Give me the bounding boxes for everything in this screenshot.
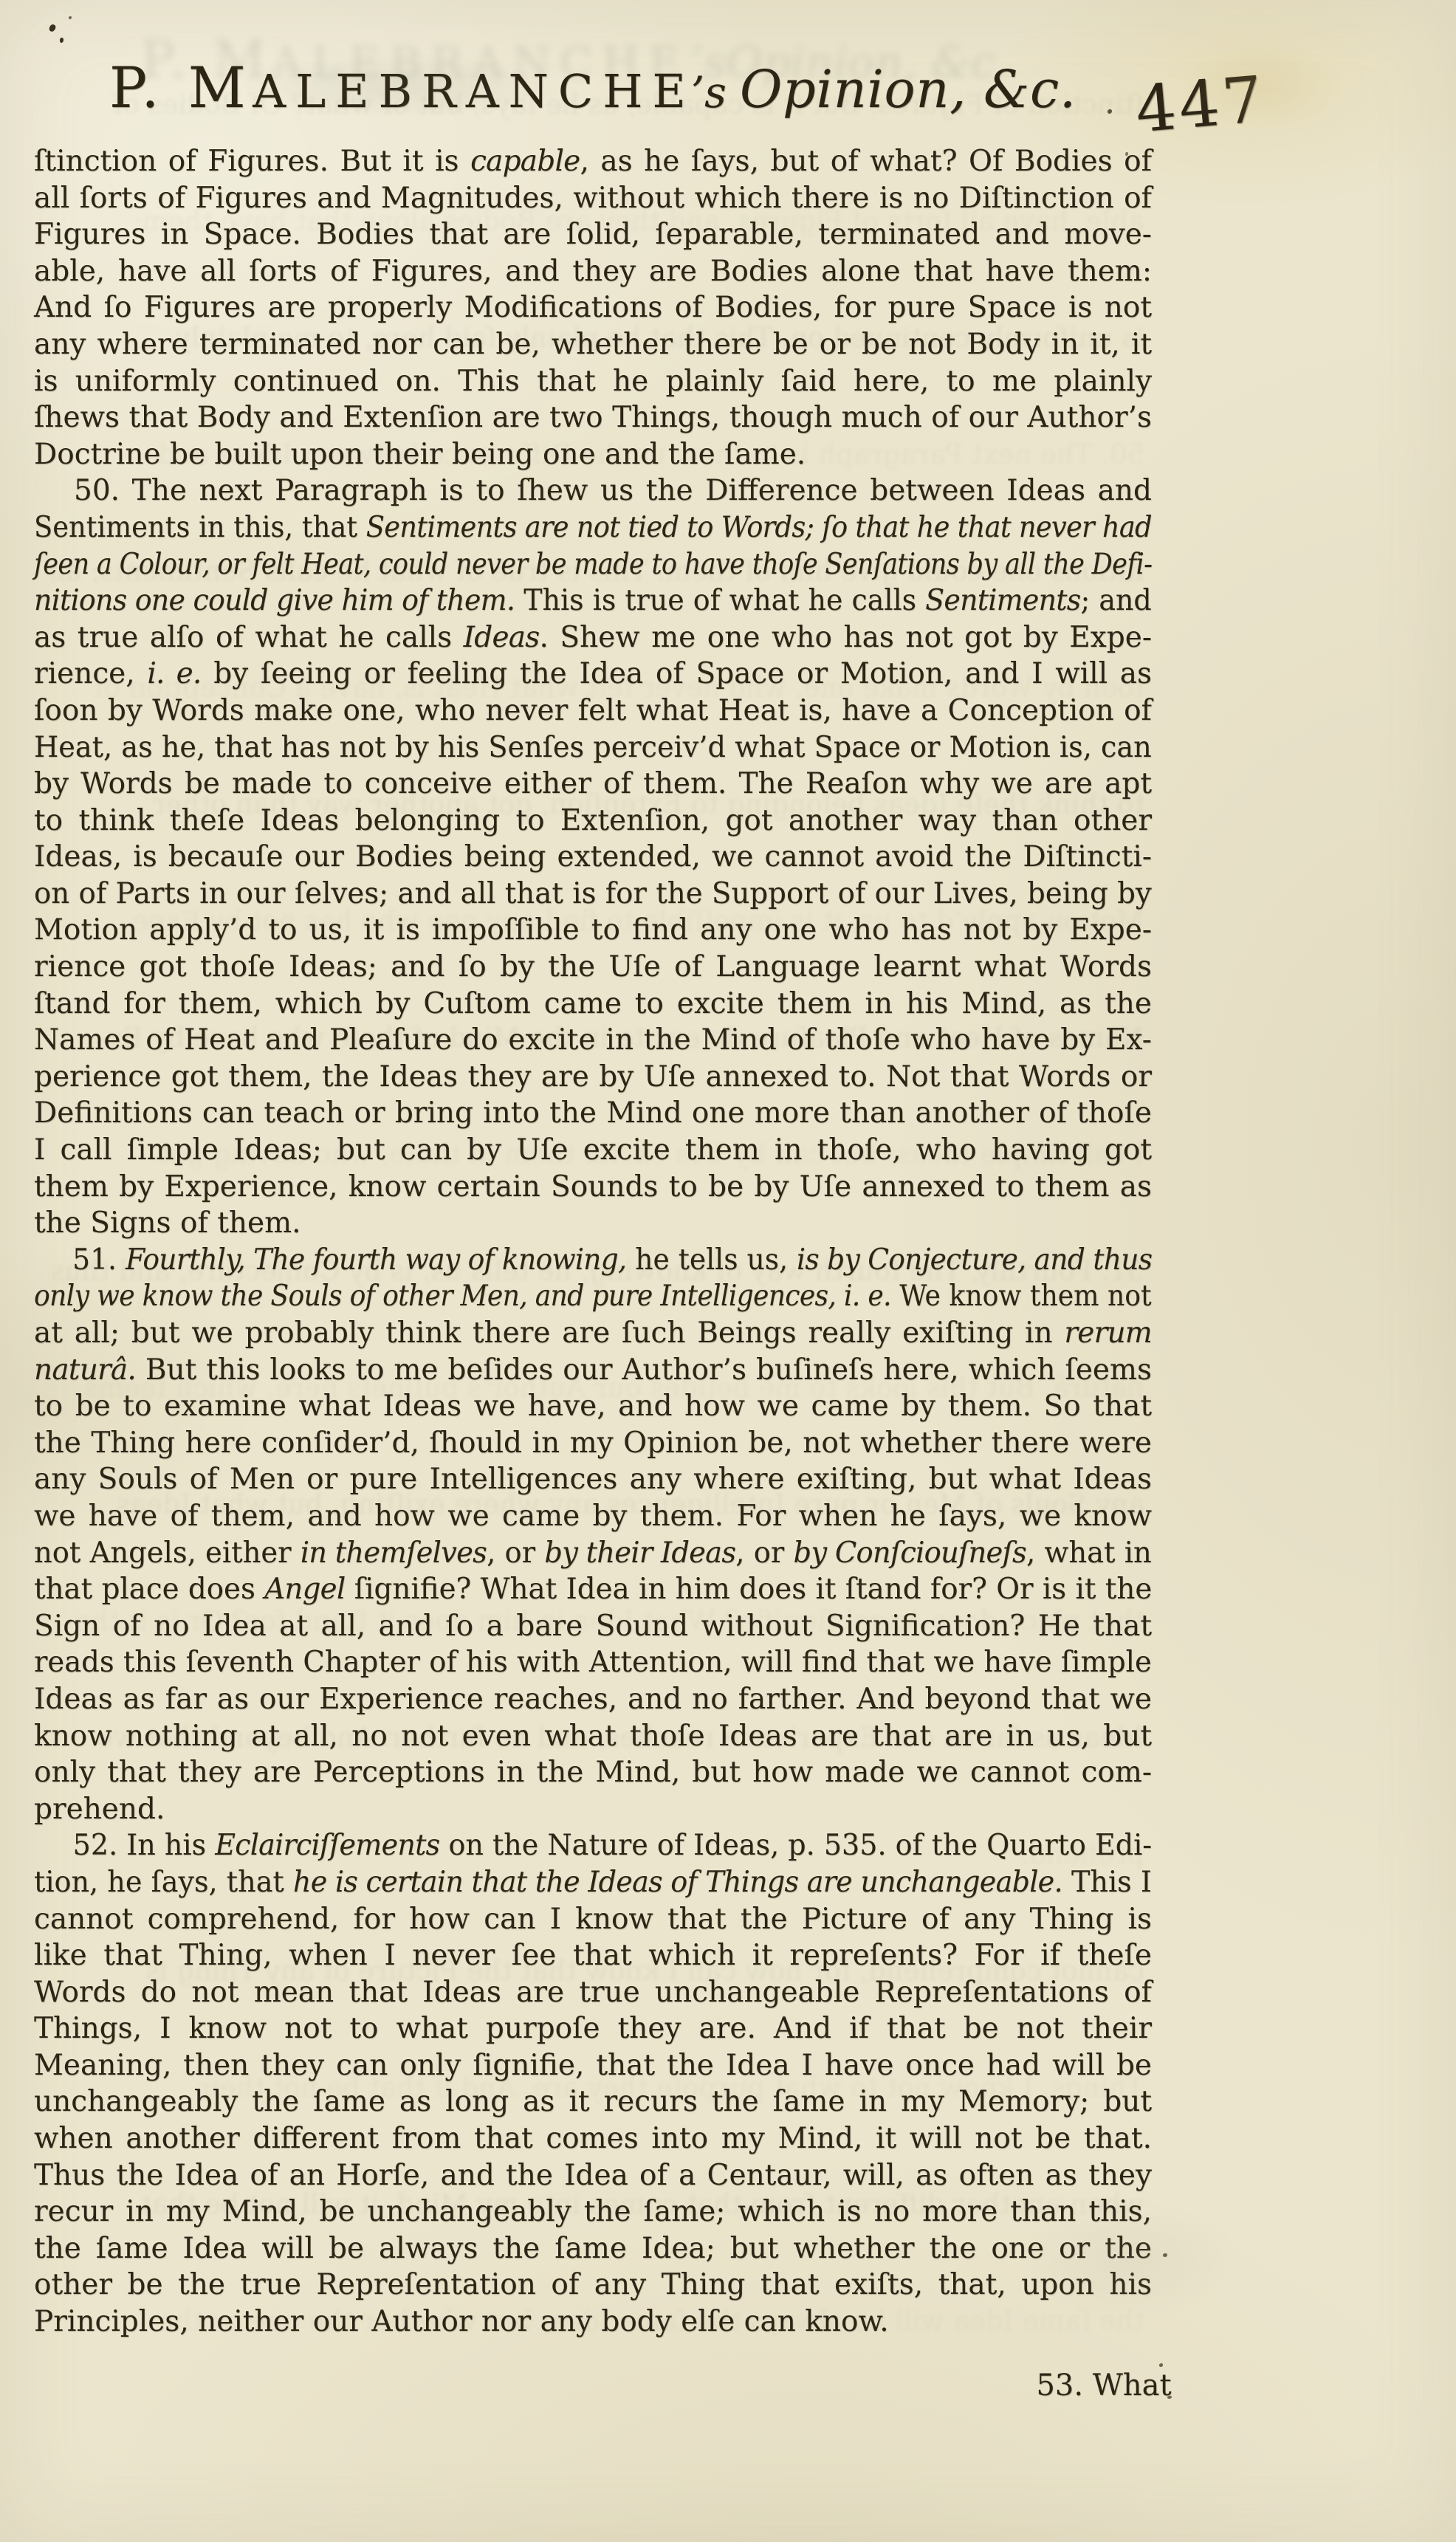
text-line: recur in my Mind, be unchangeably the ſa… <box>34 2194 1152 2230</box>
text-line: 52. In his Eclairciſſements on the Natur… <box>34 1827 1124 1864</box>
text-line: when another different from that comes i… <box>34 2120 1152 2157</box>
text-line: on of Parts in our ſelves; and all that … <box>34 876 1144 913</box>
book-page: ſtinction of Figures. But it is capable,… <box>0 0 1456 2542</box>
text-line: is uniformly continued on. This that he … <box>34 363 1152 400</box>
text-line: ſhews that Body and Extenſion are two Th… <box>34 399 1152 436</box>
running-head-caps: P. M <box>109 55 251 120</box>
text-line: ſeen a Colour, or felt Heat, could never… <box>34 546 1041 583</box>
text-line: 50. The next Paragraph is to ſhew us the… <box>34 473 1152 509</box>
ink-speck <box>49 24 57 32</box>
text-line: any where terminated nor can be, whether… <box>34 326 1152 363</box>
text-line: nitions one could give him of them. This… <box>34 583 1122 619</box>
ink-speck <box>1159 2363 1163 2367</box>
running-head-spaced-caps: ALEBRANCHE <box>253 64 695 118</box>
text-line: we have of them, and how we came by them… <box>34 1498 1152 1535</box>
body-text: ſtinction of Figures. But it is capable,… <box>34 143 1152 2340</box>
text-line: any Souls of Men or pure Intelligences a… <box>34 1461 1152 1498</box>
text-line: Ideas, is becauſe our Bodies being exten… <box>34 839 1152 876</box>
text-line: Figures in Space. Bodies that are ſolid,… <box>34 216 1152 253</box>
text-line: 51. Fourthly, The fourth way of knowing,… <box>34 1242 1113 1279</box>
text-line: cannot comprehend, for how can I know th… <box>34 1901 1152 1938</box>
text-line: know nothing at all, no not even what th… <box>34 1718 1152 1755</box>
text-line: that place does Angel ſignifie? What Ide… <box>34 1571 1145 1608</box>
text-line: Definitions can teach or bring into the … <box>34 1095 1152 1132</box>
text-line: rience, i. e. by ſeeing or feeling the I… <box>34 656 1152 693</box>
running-head-possessive: ’s <box>691 67 727 117</box>
ink-speck <box>69 16 72 19</box>
running-head-italic: Opinion, &c. <box>740 59 1076 120</box>
page-number: 447 <box>1133 63 1268 148</box>
text-line: as true alſo of what he calls Ideas. She… <box>34 619 1152 656</box>
text-line: ſtand for them, which by Cuſtom came to … <box>34 986 1152 1023</box>
text-line: not Angels, either in themſelves, or by … <box>34 1535 1136 1572</box>
text-line: Heat, as he, that has not by his Senſes … <box>34 729 1129 766</box>
text-line: the Thing here conſider’d, ſhould in my … <box>34 1425 1152 1462</box>
text-line: prehend. <box>34 1791 1152 1828</box>
ink-speck <box>60 38 63 43</box>
ink-speck <box>1163 2253 1167 2257</box>
text-line: Meaning, then they can only ſignifie, th… <box>34 2047 1152 2084</box>
text-line: Motion apply’d to us, it is impoſſible t… <box>34 912 1152 949</box>
text-line: naturâ. But this looks to me beſides our… <box>34 1352 1152 1389</box>
text-line: perience got them, the Ideas they are by… <box>34 1059 1152 1096</box>
text-line: unchangeably the ſame as long as it recu… <box>34 2084 1152 2120</box>
text-line: I call ſimple Ideas; but can by Uſe exci… <box>34 1132 1152 1169</box>
text-line: to think theſe Ideas belonging to Extenſ… <box>34 803 1152 839</box>
text-line: ſoon by Words make one, who never felt w… <box>34 693 1152 729</box>
text-line: ſtinction of Figures. But it is capable,… <box>34 143 1152 180</box>
text-line: Names of Heat and Pleaſure do excite in … <box>34 1022 1152 1059</box>
text-line: reads this ſeventh Chapter of his with A… <box>34 1644 1138 1681</box>
text-line: to be to examine what Ideas we have, and… <box>34 1388 1152 1425</box>
text-line: by Words be made to conceive either of t… <box>34 766 1152 803</box>
text-line: only that they are Perceptions in the Mi… <box>34 1754 1152 1791</box>
text-line: them by Experience, know certain Sounds … <box>34 1169 1152 1206</box>
text-line: at all; but we probably think there are … <box>34 1315 1152 1352</box>
text-line: Principles, neither our Author nor any b… <box>34 2304 1152 2340</box>
catchword: 53. What <box>982 2368 1226 2402</box>
text-line: Things, I know not to what purpoſe they … <box>34 2010 1152 2047</box>
text-line: And ſo Figures are properly Modification… <box>34 289 1152 326</box>
text-line: other be the true Repreſentation of any … <box>34 2267 1152 2304</box>
text-line: rience got thoſe Ideas; and ſo by the Uſ… <box>34 949 1152 986</box>
text-line: all ſorts of Figures and Magnitudes, wit… <box>34 180 1152 217</box>
text-line: Sign of no Idea at all, and ſo a bare So… <box>34 1608 1152 1645</box>
text-line: the Signs of them. <box>34 1205 1152 1242</box>
ink-speck <box>1108 109 1112 114</box>
text-line: tion, he ſays, that he is certain that t… <box>34 1864 1127 1901</box>
text-line: the ſame Idea will be always the ſame Id… <box>34 2230 1152 2267</box>
text-line: Ideas as far as our Experience reaches, … <box>34 1681 1152 1718</box>
text-line: Sentiments in this, that Sentiments are … <box>34 509 1089 546</box>
running-head: P. MALEBRANCHE’sOpinion, &c. <box>109 55 1076 120</box>
text-line: only we know the Souls of other Men, and… <box>34 1278 1071 1315</box>
text-line: Thus the Idea of an Horſe, and the Idea … <box>34 2157 1152 2194</box>
text-line: Doctrine be built upon their being one a… <box>34 436 1152 473</box>
text-line: like that Thing, when I never ſee that w… <box>34 1937 1152 1974</box>
text-line: able, have all ſorts of Figures, and the… <box>34 253 1152 290</box>
text-line: Words do not mean that Ideas are true un… <box>34 1974 1152 2011</box>
